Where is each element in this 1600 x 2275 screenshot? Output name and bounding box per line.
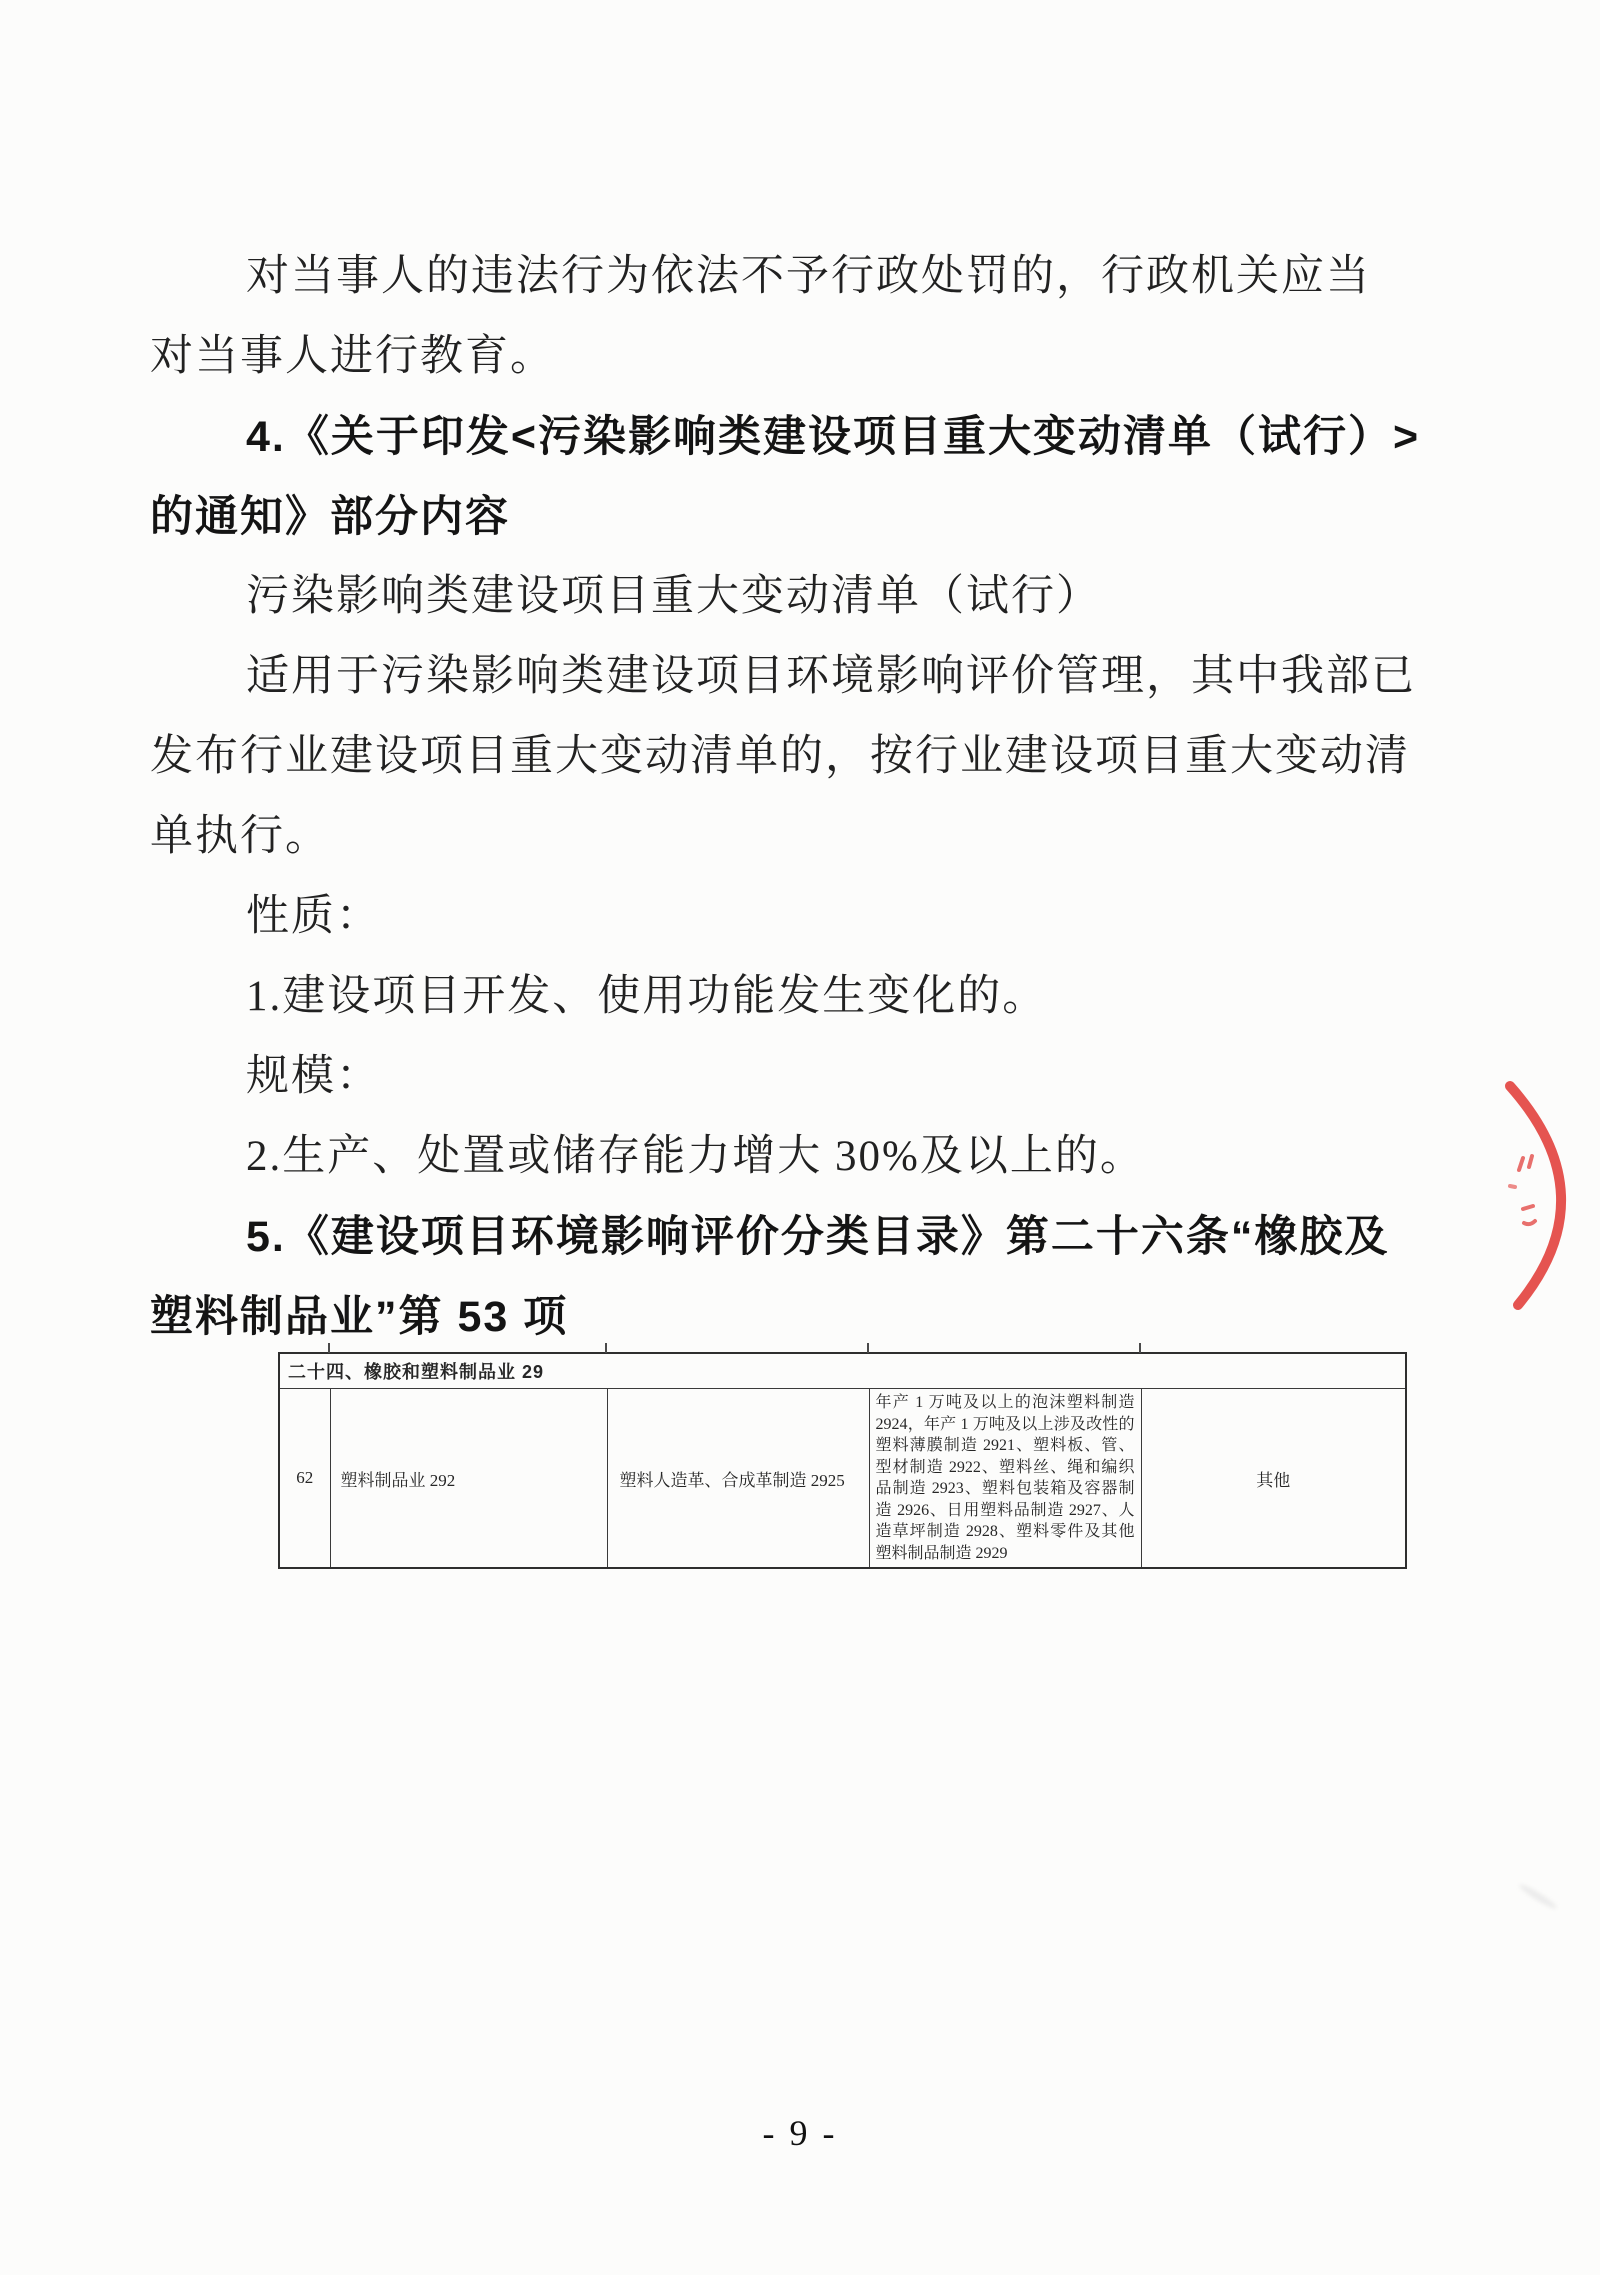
- cell-industry: 塑料制品业 292: [330, 1389, 607, 1569]
- table-tick-mark: [328, 1343, 330, 1353]
- seal-mark: [1524, 1221, 1535, 1224]
- cell-row-number: 62: [279, 1389, 330, 1569]
- seal-mark: [1510, 1186, 1515, 1187]
- text-line: 2.生产、处置或储存能力增大 30%及以上的。: [150, 1117, 1470, 1197]
- table-row: 62 塑料制品业 292 塑料人造革、合成革制造 2925 年产 1 万吨及以上…: [279, 1389, 1406, 1569]
- cell-registration: 其他: [1141, 1389, 1406, 1569]
- seal-arc: [1510, 1086, 1561, 1305]
- text-line: 1.建设项目开发、使用功能发生变化的。: [150, 957, 1470, 1037]
- scan-artifact: [1517, 1882, 1558, 1911]
- seal-mark: [1519, 1158, 1523, 1170]
- text-line: 单执行。: [150, 797, 1470, 877]
- text-line: 5.《建设项目环境影响评价分类目录》第二十六条“橡胶及: [150, 1197, 1470, 1277]
- table-tick-mark: [605, 1343, 607, 1353]
- text-line: 4.《关于印发<污染影响类建设项目重大变动清单（试行）>: [150, 397, 1470, 477]
- classification-table: 二十四、橡胶和塑料制品业 29 62 塑料制品业 292 塑料人造革、合成革制造…: [278, 1352, 1405, 1569]
- catalog-table: 二十四、橡胶和塑料制品业 29 62 塑料制品业 292 塑料人造革、合成革制造…: [278, 1352, 1407, 1569]
- cell-report-detail: 年产 1 万吨及以上的泡沫塑料制造 2924，年产 1 万吨及以上涉及改性的塑料…: [869, 1389, 1141, 1569]
- red-seal-stamp: [1488, 1078, 1578, 1313]
- text-line: 适用于污染影响类建设项目环境影响评价管理，其中我部已: [150, 637, 1470, 717]
- text-line: 对当事人的违法行为依法不予行政处罚的，行政机关应当: [150, 237, 1470, 317]
- table-tick-mark: [867, 1343, 869, 1353]
- text-line: 对当事人进行教育。: [150, 317, 1470, 397]
- table-tick-mark: [1139, 1343, 1141, 1353]
- text-line: 的通知》部分内容: [150, 477, 1470, 557]
- text-line: 塑料制品业”第 53 项: [150, 1277, 1470, 1357]
- seal-mark: [1529, 1156, 1532, 1167]
- table-section-header: 二十四、橡胶和塑料制品业 29: [279, 1353, 1406, 1389]
- text-line: 性质：: [150, 877, 1470, 957]
- text-line: 发布行业建设项目重大变动清单的，按行业建设项目重大变动清: [150, 717, 1470, 797]
- cell-report-category: 塑料人造革、合成革制造 2925: [607, 1389, 869, 1569]
- page-number: - 9 -: [0, 2112, 1600, 2154]
- seal-mark: [1523, 1206, 1533, 1209]
- document-page: 对当事人的违法行为依法不予行政处罚的，行政机关应当对当事人进行教育。4.《关于印…: [0, 0, 1600, 2275]
- document-body: 对当事人的违法行为依法不予行政处罚的，行政机关应当对当事人进行教育。4.《关于印…: [150, 237, 1470, 1357]
- text-line: 规模：: [150, 1037, 1470, 1117]
- text-line: 污染影响类建设项目重大变动清单（试行）: [150, 557, 1470, 637]
